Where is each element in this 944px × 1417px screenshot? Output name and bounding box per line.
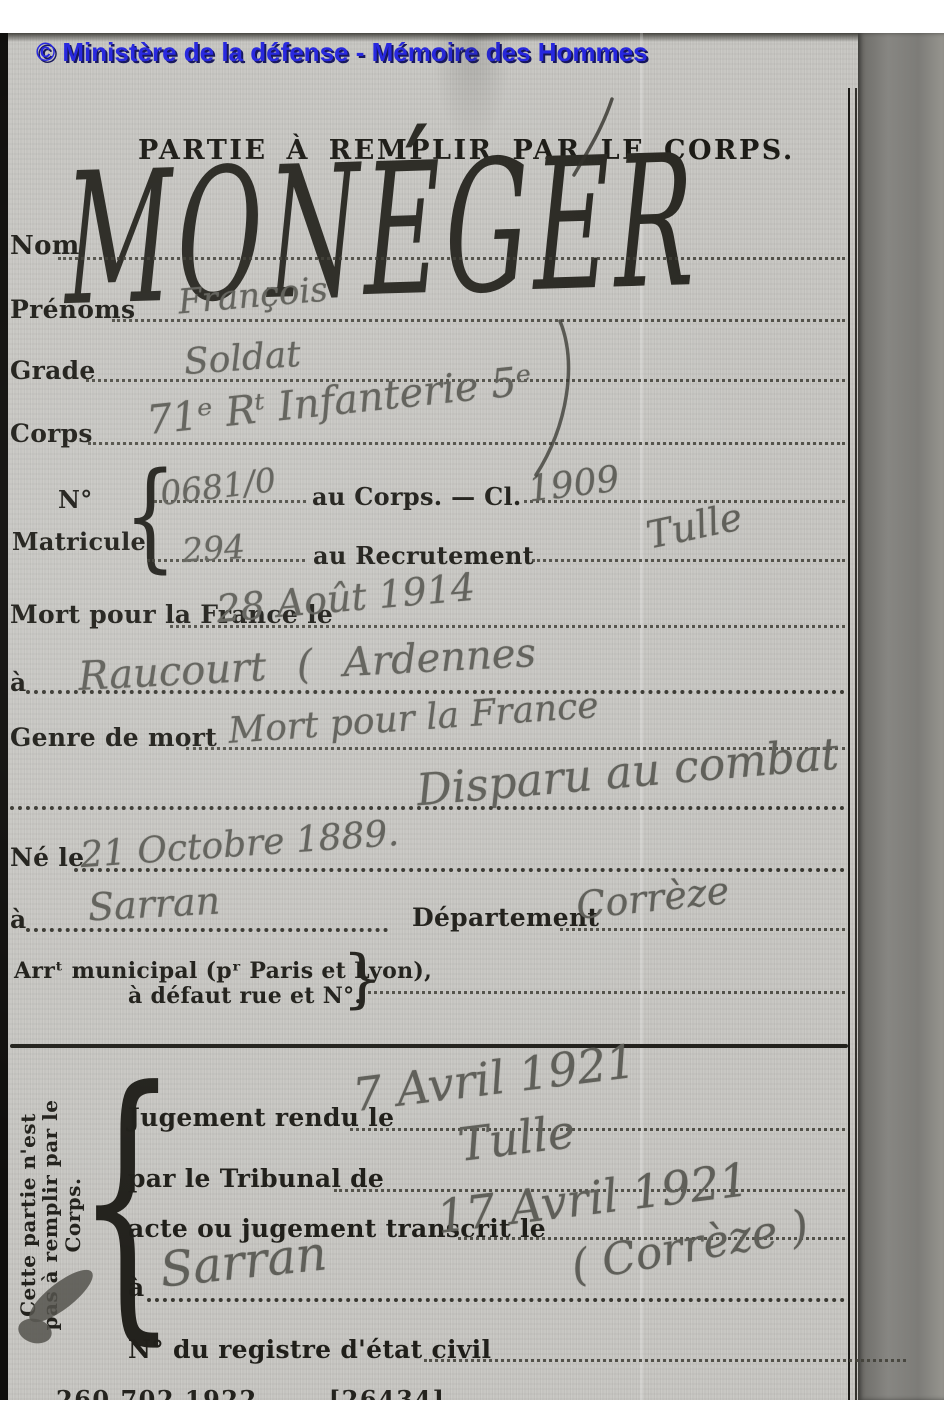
jugement-date-value: 7 Avril 1921 — [350, 1038, 638, 1118]
mort-date-value: 28 Août 1914 — [215, 568, 477, 628]
corps-label: Corps — [10, 419, 93, 448]
naissance-dotted-line — [74, 868, 845, 872]
naissance-lieu-dotted-line — [26, 928, 388, 932]
arrondissement-label-line2: à défaut rue et N°. — [128, 983, 362, 1009]
matricule-recrutement-label: au Recrutement — [313, 541, 534, 570]
naissance-date-value: 21 Octobre 1889. — [79, 816, 400, 874]
genre-mort-dotted-line2 — [10, 806, 845, 810]
matricule-recrutement-place: Tulle — [643, 497, 745, 554]
matricule-corps-label: au Corps. — Cl. — [312, 482, 522, 511]
surname-handwritten: MONÉGER — [64, 132, 699, 333]
scan-left-edge — [0, 33, 8, 1400]
genre-mort-value-line2: Disparu au combat — [415, 733, 840, 814]
footer-print-reference: 260.702.1922. — [26434] — [56, 1385, 445, 1400]
copyright-watermark: © Ministère de la défense - Mémoire des … — [36, 37, 648, 68]
grade-label: Grade — [10, 356, 96, 385]
genre-mort-value-line1: Mort pour la France — [227, 688, 600, 750]
arrondissement-brace: } — [342, 949, 383, 1010]
transcription-lieu-dotted-line — [147, 1298, 845, 1302]
paper-scan: © Ministère de la défense - Mémoire des … — [0, 33, 944, 1400]
naissance-lieu-value: Sarran — [87, 882, 221, 927]
page-border-line-inner — [855, 88, 857, 1400]
jugement-dotted-line — [350, 1128, 845, 1131]
mort-lieu-label: à — [10, 668, 27, 697]
mort-lieu-value: Raucourt ( Ardennes — [77, 633, 537, 697]
binding-shadow-band — [858, 33, 944, 1400]
departement-value: Corrèze — [574, 871, 730, 925]
corps-dotted-line — [88, 442, 845, 445]
grade-value: Soldat — [183, 337, 302, 381]
nom-dotted-line — [58, 257, 845, 260]
departement-dotted-line — [560, 928, 845, 931]
transcription-lieu-value: Sarran — [158, 1229, 329, 1294]
page-border-line — [848, 88, 850, 1400]
tribunal-value: Tulle — [456, 1108, 578, 1168]
arrondissement-dotted-line — [368, 991, 845, 994]
naissance-lieu-label: à — [10, 905, 27, 934]
matricule-no-label: N° — [58, 485, 93, 514]
matricule-recrutement-value: 294 — [181, 530, 246, 567]
transcription-lieu-label: à — [128, 1273, 145, 1302]
registre-dotted-line — [424, 1359, 906, 1362]
matricule-recrutement-dotted-b — [532, 559, 845, 562]
prenoms-dotted-line — [112, 319, 845, 322]
scanned-record-page: © Ministère de la défense - Mémoire des … — [0, 0, 944, 1417]
